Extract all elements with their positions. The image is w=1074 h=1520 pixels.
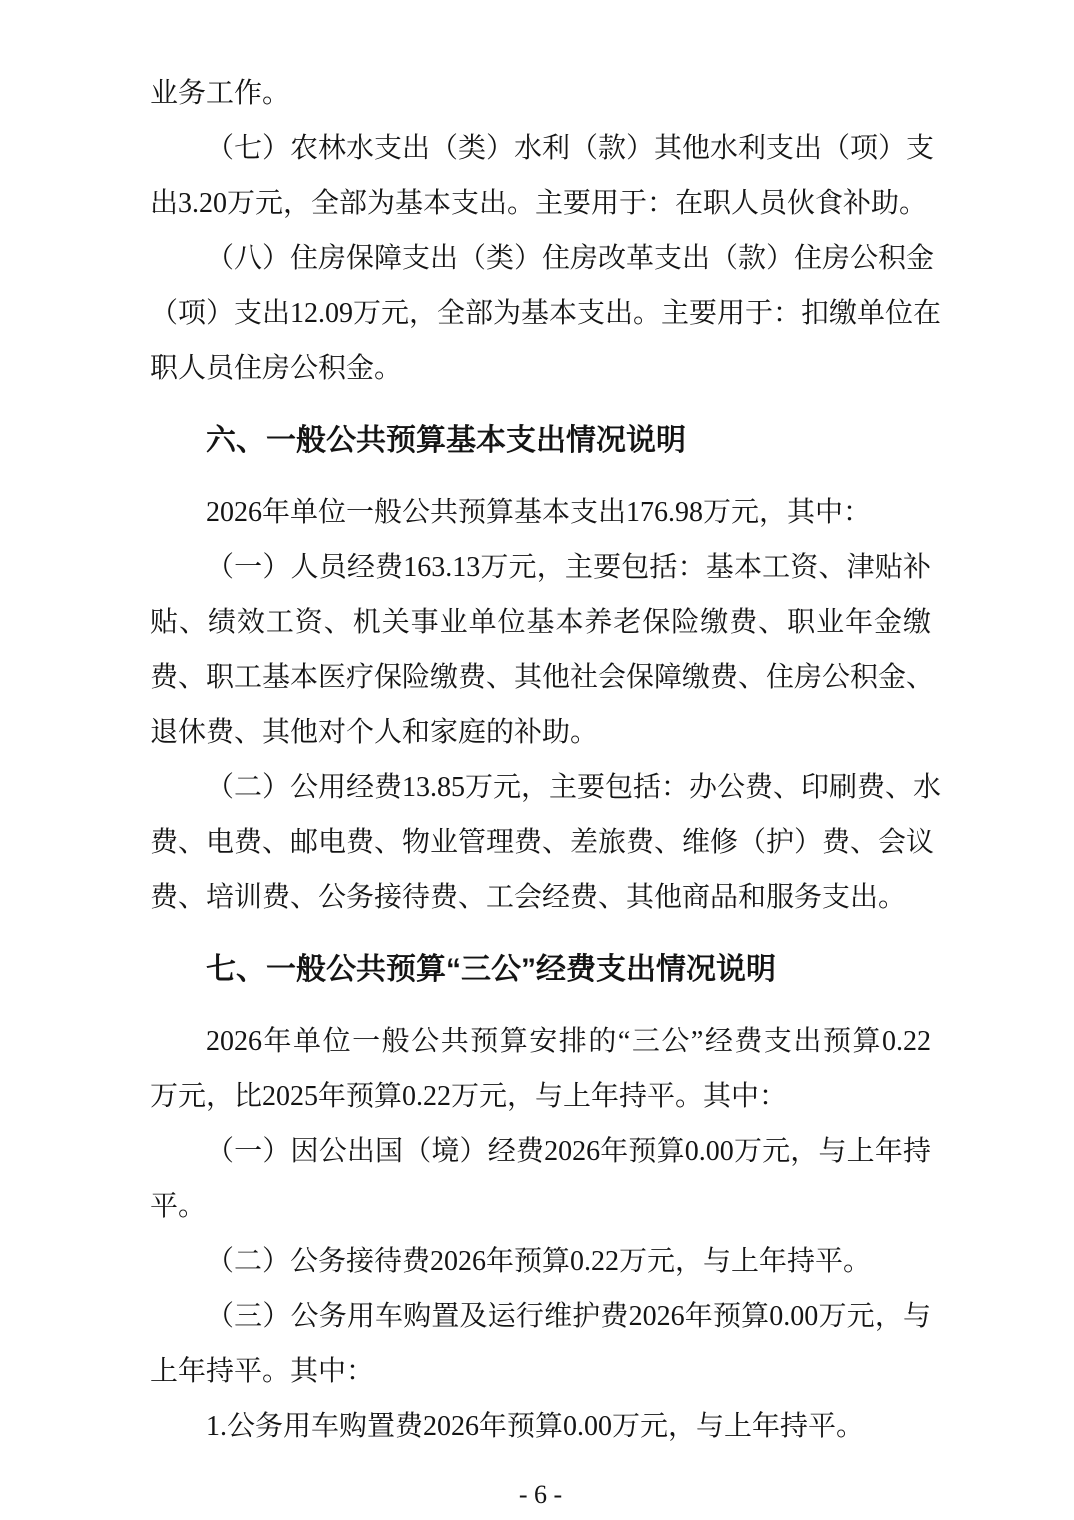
body-line: （二）公用经费13.85万元，主要包括：办公费、印刷费、水 (150, 760, 931, 815)
page-number: - 6 - (150, 1475, 931, 1515)
section-heading-6: 六、一般公共预算基本支出情况说明 (150, 413, 931, 468)
body-line: 2026年单位一般公共预算安排的“三公”经费支出预算0.22 (150, 1014, 931, 1069)
body-line: （八）住房保障支出（类）住房改革支出（款）住房公积金 (150, 231, 931, 286)
body-line: 上年持平。其中： (150, 1344, 931, 1399)
body-line: （七）农林水支出（类）水利（款）其他水利支出（项）支 (150, 121, 931, 176)
body-line: 费、电费、邮电费、物业管理费、差旅费、维修（护）费、会议 (150, 815, 931, 870)
section-heading-7: 七、一般公共预算“三公”经费支出情况说明 (150, 942, 931, 997)
body-line: （二）公务接待费2026年预算0.22万元，与上年持平。 (150, 1234, 931, 1289)
body-line: （一）因公出国（境）经费2026年预算0.00万元，与上年持 (150, 1124, 931, 1179)
body-line: 万元，比2025年预算0.22万元，与上年持平。其中： (150, 1069, 931, 1124)
body-line: 贴、绩效工资、机关事业单位基本养老保险缴费、职业年金缴 (150, 595, 931, 650)
body-line: 1.公务用车购置费2026年预算0.00万元，与上年持平。 (150, 1399, 931, 1454)
body-line: 费、职工基本医疗保险缴费、其他社会保障缴费、住房公积金、 (150, 650, 931, 705)
body-line: （一）人员经费163.13万元，主要包括：基本工资、津贴补 (150, 540, 931, 595)
body-line: （项）支出12.09万元，全部为基本支出。主要用于：扣缴单位在 (150, 286, 931, 341)
body-line: 2026年单位一般公共预算基本支出176.98万元，其中： (150, 485, 931, 540)
document-page: 业务工作。 （七）农林水支出（类）水利（款）其他水利支出（项）支 出3.20万元… (0, 0, 1074, 1520)
body-line: 职人员住房公积金。 (150, 341, 931, 396)
body-line: 费、培训费、公务接待费、工会经费、其他商品和服务支出。 (150, 870, 931, 925)
body-line: 出3.20万元，全部为基本支出。主要用于：在职人员伙食补助。 (150, 176, 931, 231)
body-line: 平。 (150, 1179, 931, 1234)
body-line: 业务工作。 (150, 66, 931, 121)
body-line: 退休费、其他对个人和家庭的补助。 (150, 705, 931, 760)
body-line: （三）公务用车购置及运行维护费2026年预算0.00万元，与 (150, 1289, 931, 1344)
document-body: 业务工作。 （七）农林水支出（类）水利（款）其他水利支出（项）支 出3.20万元… (0, 0, 1074, 1515)
